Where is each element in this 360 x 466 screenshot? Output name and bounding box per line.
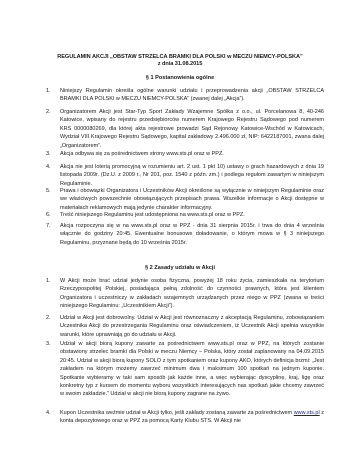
item-text-before-link: Kupon Uczestnika weźmie udział w Akcji t… [60,410,294,416]
item-number: 4. [46,409,56,417]
list-item: 1. W Akcji może brać udział jedynie osob… [46,277,324,311]
sts-website-link[interactable]: www.sts.pl [294,410,320,416]
item-text: Akcja odbywa się za pośrednictwem strony… [60,150,324,158]
item-text: Kupon Uczestnika weźmie udział w Akcji t… [60,409,324,426]
item-number: 2. [46,108,56,116]
item-number: 3. [46,150,56,158]
list-item: 7. Akcja rozpoczyna się w na www.sts.pl … [46,222,324,247]
item-number: 6. [46,211,56,219]
section-heading-1: § 1 Postanowienia ogólne [30,75,330,82]
item-number: 7. [46,222,56,230]
list-item: 4. Akcja nie jest loterią promocyjną w r… [46,163,324,188]
list-item: 2. Udział w Akcji jest dobrowolny. Udzia… [46,314,324,339]
list-item: 5. Prawa i obowiązki Organizatora i Ucze… [46,187,324,212]
item-number: 4. [46,163,56,171]
item-text: Udział w Akcji jest dobrowolny. Udział w… [60,314,324,339]
list-item: 2. Organizatorem Akcji jest Star-Typ Spo… [46,108,324,150]
list-item: 6. Treść niniejszego Regulaminu jest udo… [46,211,324,219]
list-item: 1. Niniejszy Regulamin określa ogólne wa… [46,87,324,104]
list-item: 3. Udział w akcji biorą kupony zawarte z… [46,340,324,399]
list-item: 3. Akcja odbywa się za pośrednictwem str… [46,150,324,158]
document-page: REGULAMIN AKCJI „OBSTAW STRZELCA BRAMKI … [0,0,360,466]
item-text: Akcja rozpoczyna się w na www.sts.pl ora… [60,222,324,247]
item-number: 1. [46,87,56,95]
list-item: 4. Kupon Uczestnika weźmie udział w Akcj… [46,409,324,426]
document-date: z dnia 31.08.2015 [30,61,330,68]
item-number: 1. [46,277,56,285]
section-heading-2: § 2 Zasady udziału w Akcji [30,265,330,272]
item-text: Organizatorem Akcji jest Star-Typ Sport … [60,108,324,150]
item-text: W Akcji może brać udział jedynie osoba f… [60,277,324,311]
item-text: Treść niniejszego Regulaminu jest udostę… [60,211,324,219]
item-text: Prawa i obowiązki Organizatora i Uczestn… [60,187,324,212]
item-number: 5. [46,187,56,195]
item-text: Akcja nie jest loterią promocyjną w rozu… [60,163,324,188]
item-text: Udział w akcji biorą kupony zawarte za p… [60,340,324,399]
item-number: 2. [46,314,56,322]
item-text: Niniejszy Regulamin określa ogólne warun… [60,87,324,104]
document-title: REGULAMIN AKCJI „OBSTAW STRZELCA BRAMKI … [30,54,330,61]
item-number: 3. [46,340,56,348]
